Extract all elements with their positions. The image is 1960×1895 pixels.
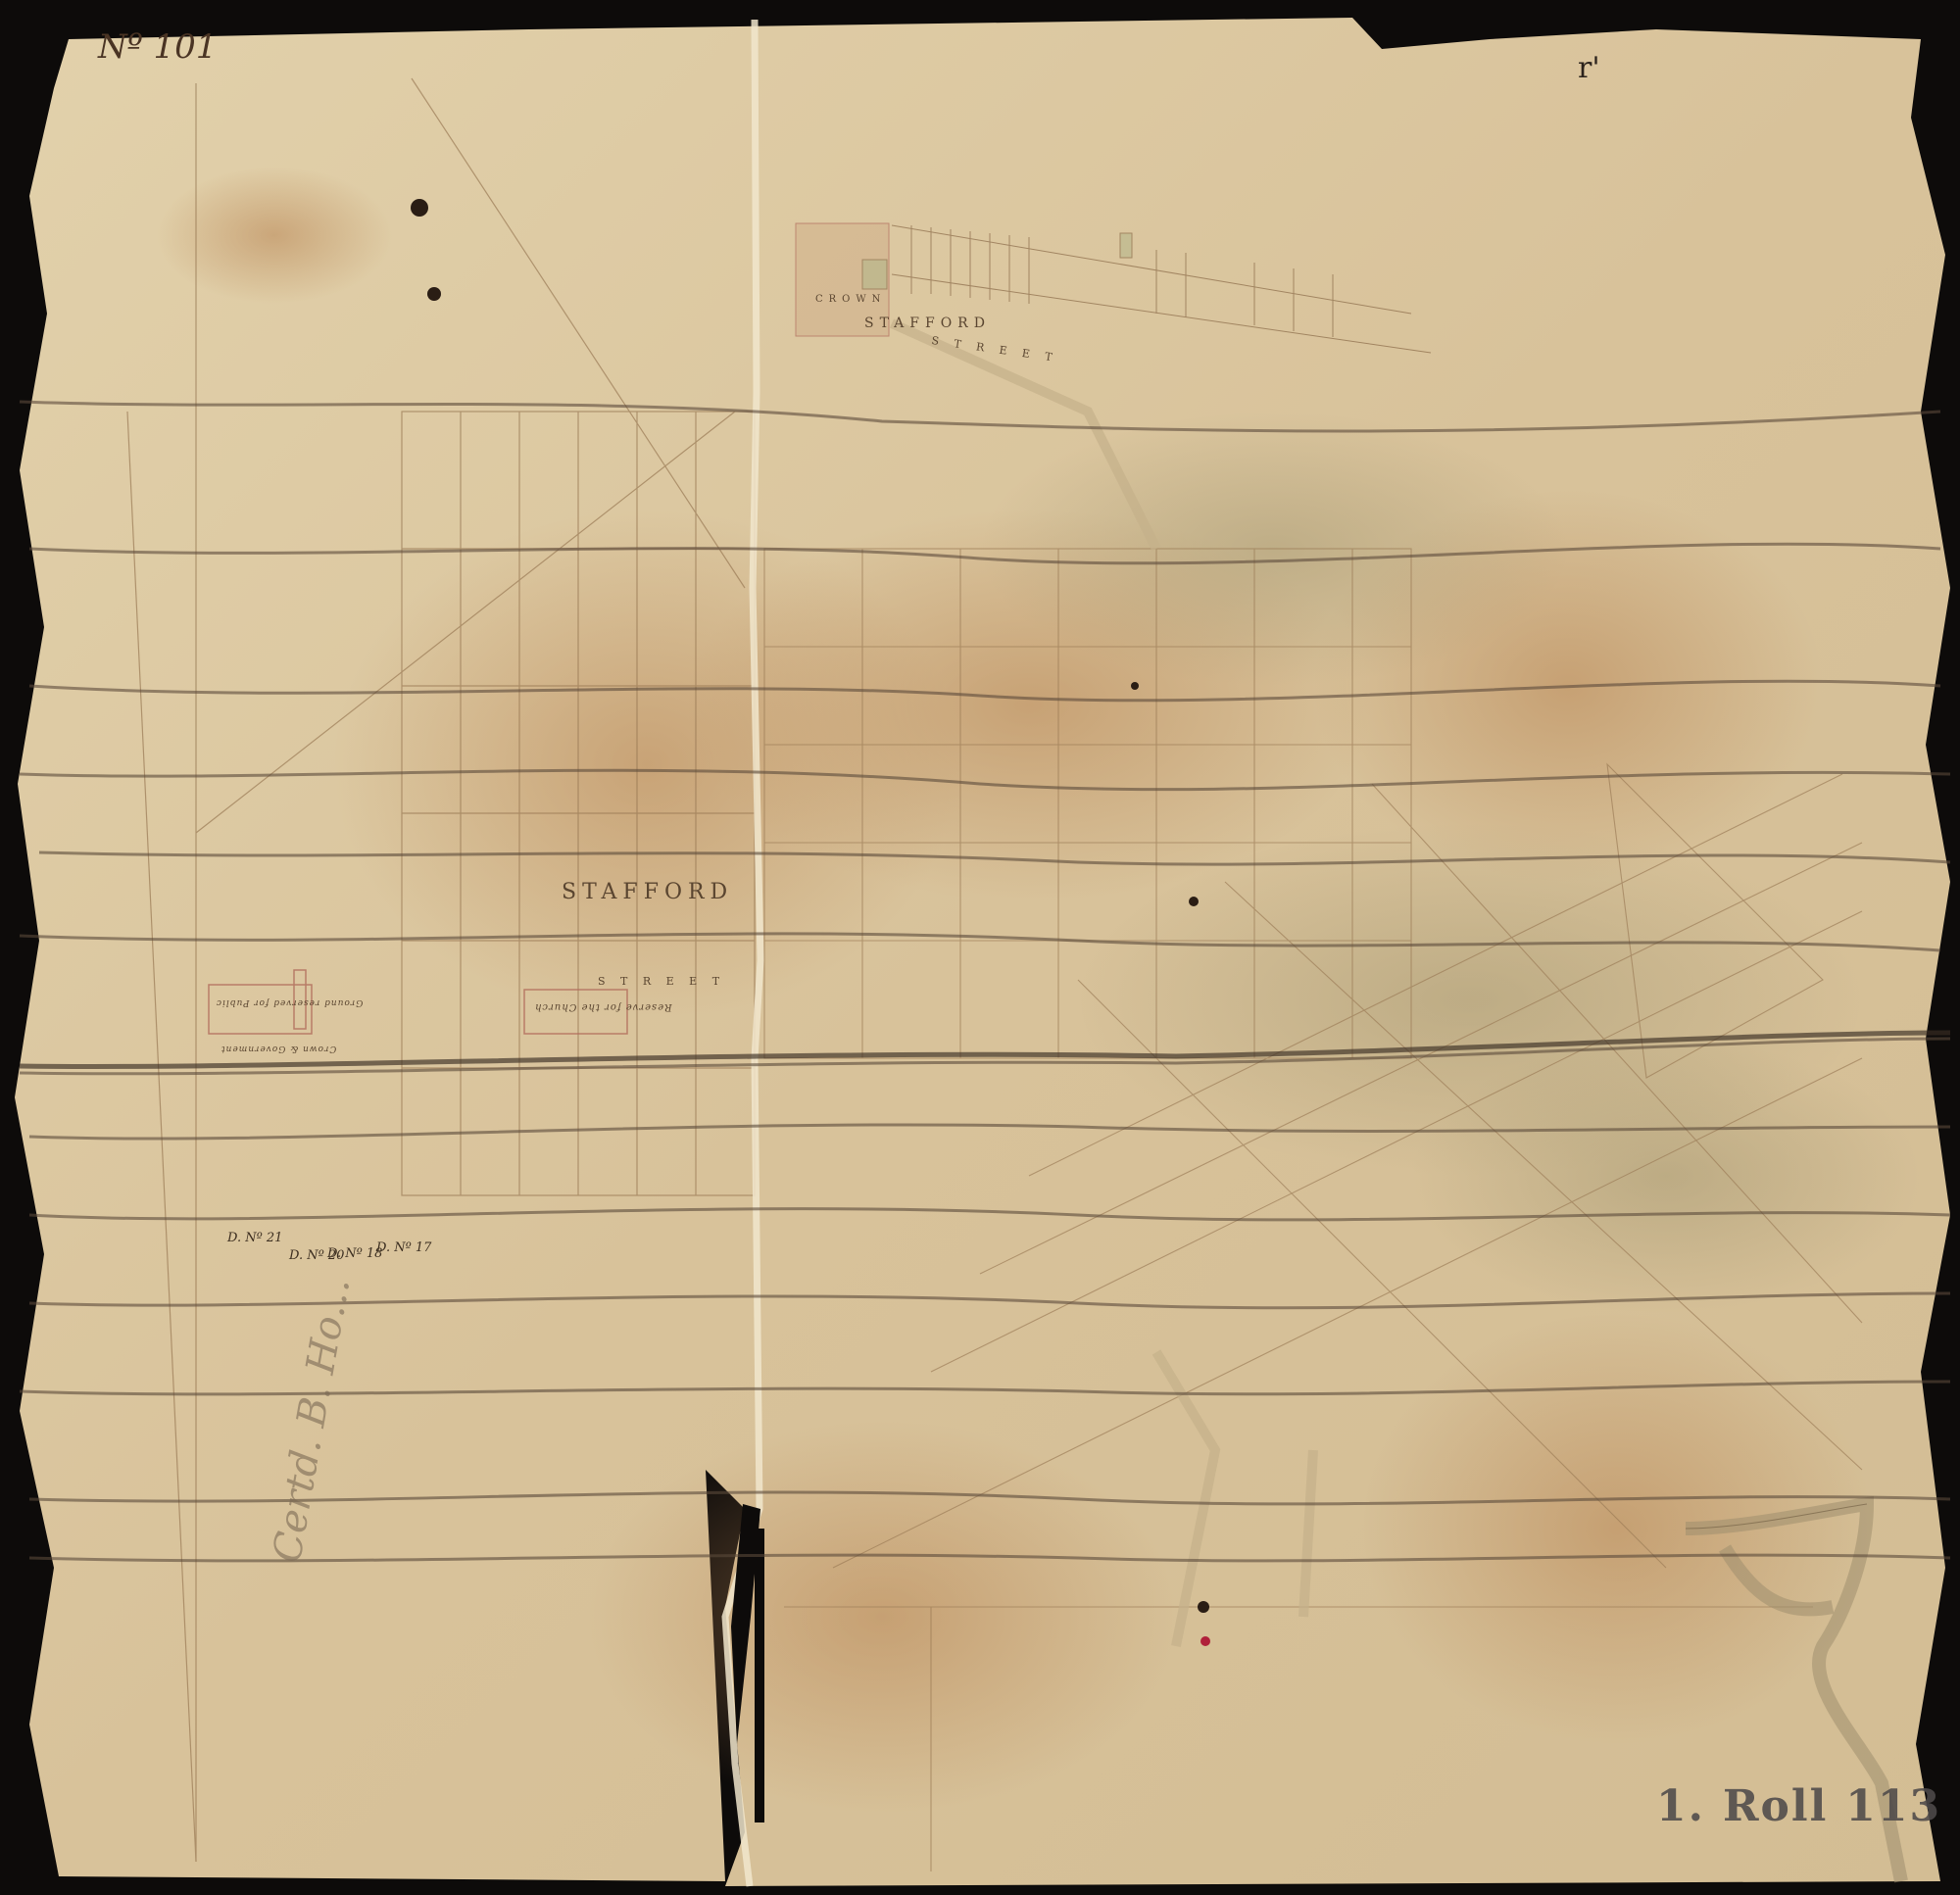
place-label-stafford-central: STAFFORD xyxy=(562,880,733,904)
reserve-label-west-2: Crown & Government xyxy=(220,1044,336,1053)
roll-number: 113 xyxy=(1845,1781,1941,1831)
street-label-central: S T R E E T xyxy=(598,975,725,988)
place-label-stafford-north: STAFFORD xyxy=(864,316,991,331)
roll-word: Roll xyxy=(1723,1781,1828,1831)
roll-stamp: 1.Roll113 xyxy=(1656,1781,1959,1831)
district-label: D. Nº 21 xyxy=(227,1231,282,1245)
corner-mark: r' xyxy=(1578,51,1600,85)
roll-prefix: 1. xyxy=(1656,1781,1705,1831)
historical-map xyxy=(0,0,1960,1895)
district-label: D. Nº 17 xyxy=(376,1240,431,1255)
place-label-crown: CROWN xyxy=(815,294,886,305)
reserve-label-west-1: Ground reserved for Public xyxy=(216,997,363,1007)
map-number: Nº 101 xyxy=(98,27,217,67)
district-label: D. Nº 18 xyxy=(327,1246,382,1261)
reserve-label-central: Reserve for the Church xyxy=(534,1001,672,1012)
